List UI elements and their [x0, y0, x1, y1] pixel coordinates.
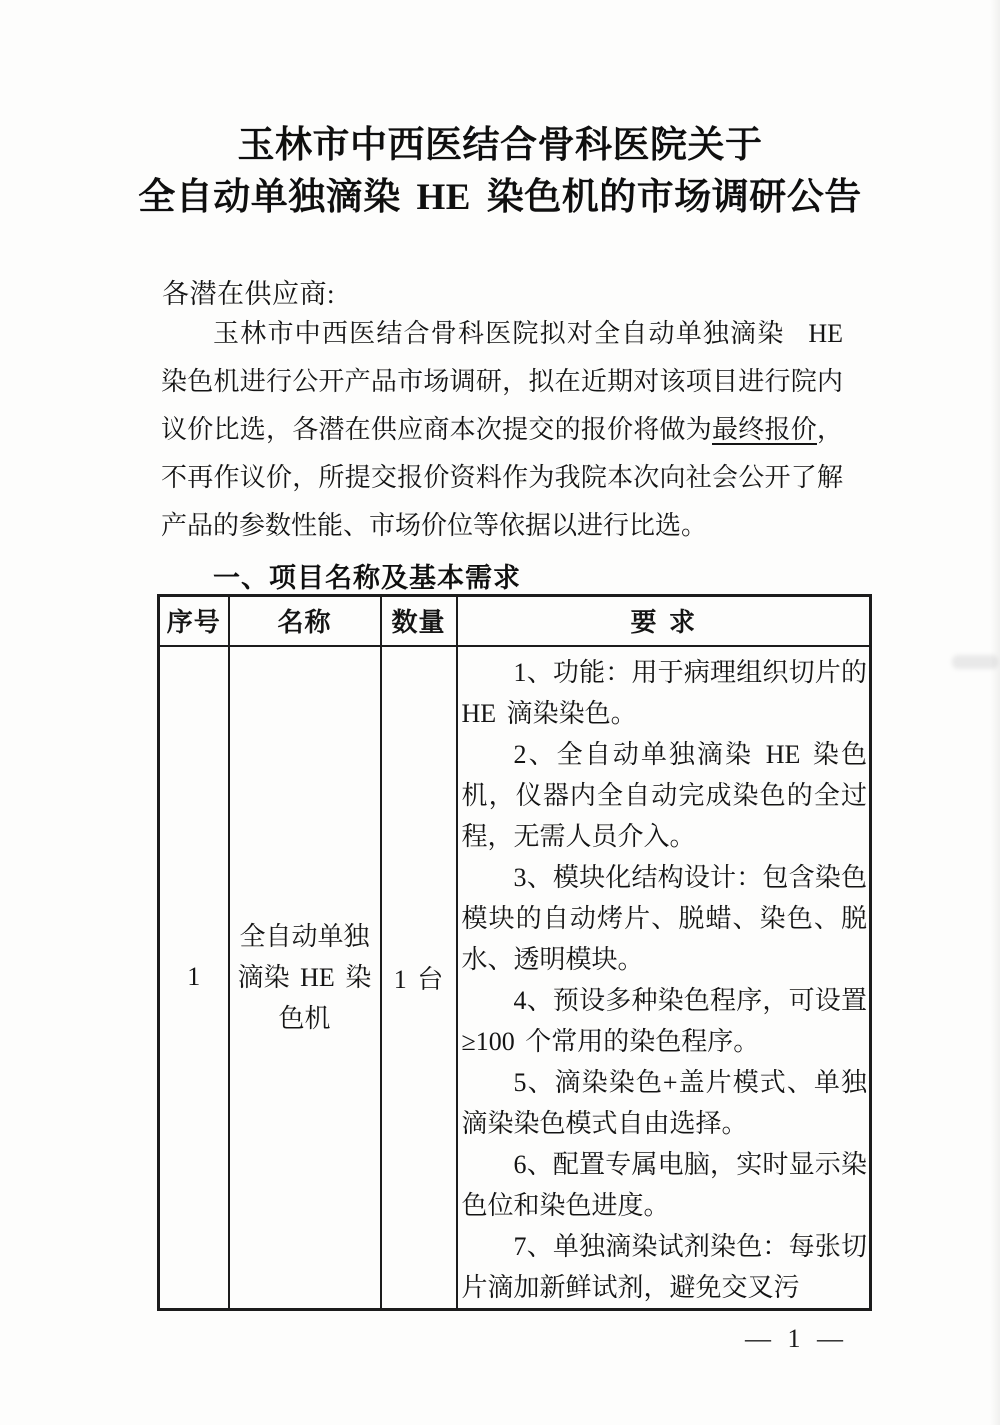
intro-paragraph: 玉林市中西医结合骨科医院拟对全自动单独滴染 HE 染色机进行公开产品市场调研，拟… — [161, 310, 843, 550]
page-footer: — 1 — — [0, 1324, 848, 1354]
page-number: — 1 — — [745, 1324, 848, 1353]
section-heading: 一、项目名称及基本需求 — [213, 556, 521, 595]
scanned-document-page: 玉林市中西医结合骨科医院关于 全自动单独滴染 HE 染色机的市场调研公告 各潜在… — [0, 0, 1000, 1425]
table-header-row: 序号 名称 数量 要 求 — [159, 596, 871, 646]
scan-artifact — [952, 655, 998, 669]
table-row: 1 全自动单独滴染 HE 染色机 1 台 1、功能：用于病理组织切片的 HE 滴… — [159, 646, 871, 1310]
requirement-item: 4、预设多种染色程序，可设置≥100 个常用的染色程序。 — [462, 980, 868, 1062]
requirement-item: 3、模块化结构设计：包含染色模块的自动烤片、脱蜡、染色、脱水、透明模块。 — [462, 857, 868, 980]
requirement-item: 1、功能：用于病理组织切片的 HE 滴染染色。 — [462, 652, 868, 734]
requirements-list: 1、功能：用于病理组织切片的 HE 滴染染色。2、全自动单独滴染 HE 染色机，… — [462, 652, 868, 1308]
cell-quantity: 1 台 — [381, 646, 457, 1310]
requirements-table: 序号 名称 数量 要 求 1 全自动单独滴染 HE 染色机 1 台 1、功能：用… — [157, 594, 872, 1311]
document-title-line-2: 全自动单独滴染 HE 染色机的市场调研公告 — [0, 172, 1000, 224]
cell-requirements: 1、功能：用于病理组织切片的 HE 滴染染色。2、全自动单独滴染 HE 染色机，… — [457, 646, 871, 1310]
column-header-requirements: 要 求 — [457, 596, 871, 646]
requirement-item: 7、单独滴染试剂染色：每张切片滴加新鲜试剂，避免交叉污 — [462, 1226, 868, 1308]
column-header-qty: 数量 — [381, 596, 457, 646]
requirement-item: 5、滴染染色+盖片模式、单独滴染染色模式自由选择。 — [462, 1062, 868, 1144]
salutation: 各潜在供应商: — [162, 272, 335, 311]
column-header-name: 名称 — [229, 596, 381, 646]
requirement-item: 2、全自动单独滴染 HE 染色机，仪器内全自动完成染色的全过程，无需人员介入。 — [462, 734, 868, 857]
column-header-seq: 序号 — [159, 596, 229, 646]
final-price-underlined-text: 最终报价 — [712, 415, 817, 444]
document-title-line-1: 玉林市中西医结合骨科医院关于 — [0, 120, 1000, 172]
cell-item-name: 全自动单独滴染 HE 染色机 — [229, 646, 381, 1310]
document-title: 玉林市中西医结合骨科医院关于 全自动单独滴染 HE 染色机的市场调研公告 — [0, 120, 1000, 224]
requirement-item: 6、配置专属电脑，实时显示染色位和染色进度。 — [462, 1144, 868, 1226]
cell-seq: 1 — [159, 646, 229, 1310]
